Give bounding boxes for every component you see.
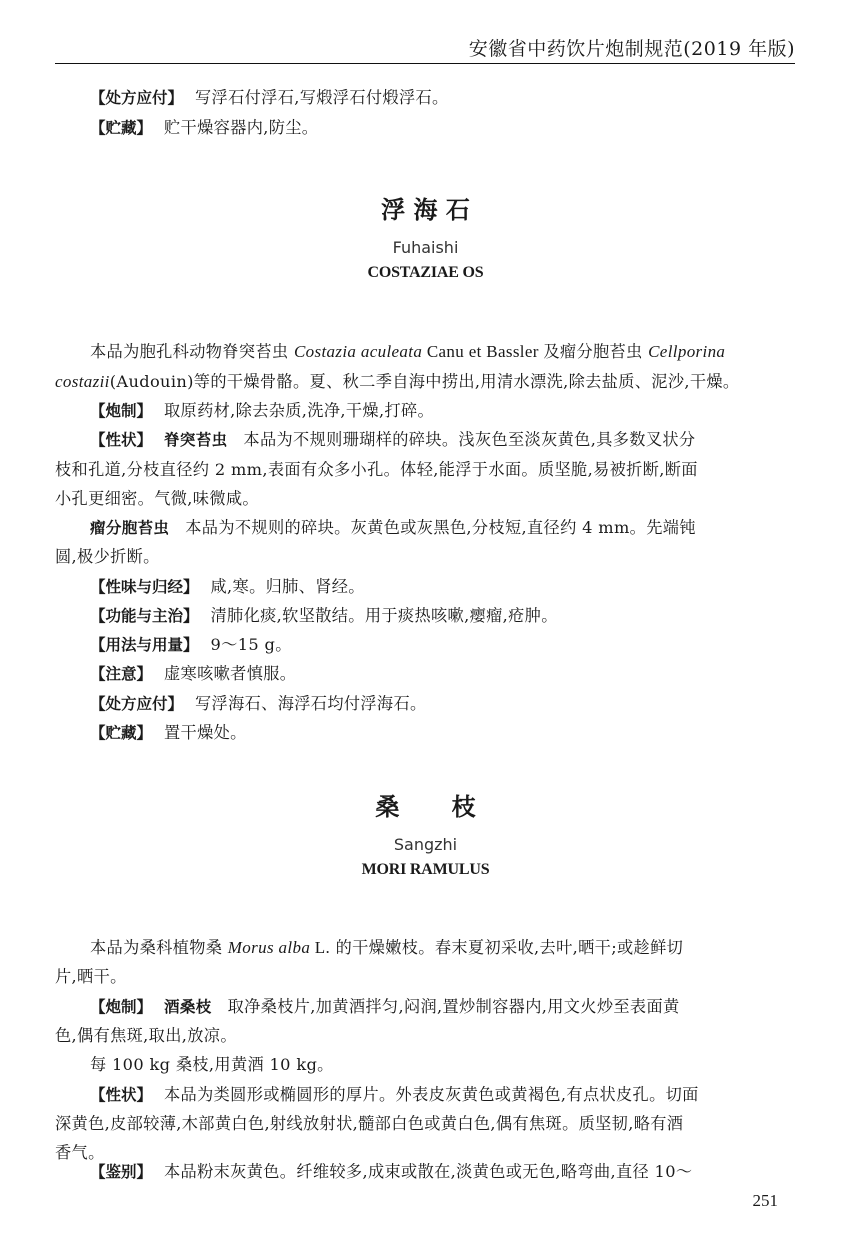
section-text: 写浮海石、海浮石均付浮海石。 xyxy=(195,694,427,713)
section-text: 贮干燥容器内,防尘。 xyxy=(164,118,318,137)
storage-line: 【贮藏】置干燥处。 xyxy=(90,723,247,743)
section-text: 虚寒咳嗽者慎服。 xyxy=(164,664,296,683)
processing-line: 【炮制】取原药材,除去杂质,洗净,干燥,打碎。 xyxy=(90,401,434,421)
section-text: 本品为不规则的碎块。灰黄色或灰黑色,分枝短,直径约 4 mm。先端钝 xyxy=(185,518,696,537)
characters-line-3: 小孔更细密。气微,味微咸。 xyxy=(55,489,259,509)
species-name: costazii xyxy=(55,372,110,391)
intro-line-1: 本品为桑科植物桑 Morus alba L. 的干燥嫩枝。春末夏初采收,去叶,晒… xyxy=(90,938,683,958)
characters-line-2: 枝和孔道,分枝直径约 2 mm,表面有众多小孔。体轻,能浮于水面。质坚脆,易被折… xyxy=(55,460,698,480)
section-label: 【性状】 xyxy=(90,431,152,449)
entry-title-latin: COSTAZIAE OS xyxy=(0,264,851,282)
subsection-label: 瘤分胞苔虫 xyxy=(90,519,169,537)
dosage-line: 【用法与用量】9～15 g。 xyxy=(90,635,292,655)
section-text: 取原药材,除去杂质,洗净,干燥,打碎。 xyxy=(164,401,434,420)
section-text: 置干燥处。 xyxy=(164,723,247,742)
section-label: 【性状】 xyxy=(90,1086,152,1104)
text: 及瘤分胞苔虫 xyxy=(543,342,648,361)
section-label: 【贮藏】 xyxy=(90,724,152,742)
characters-line-1: 【性状】本品为类圆形或椭圆形的厚片。外表皮灰黄色或黄褐色,有点状皮孔。切面 xyxy=(90,1085,699,1105)
entry-title-chinese: 桑 枝 xyxy=(0,787,851,822)
author-name: Canu et Bassler xyxy=(422,342,543,361)
page-number: 251 xyxy=(753,1191,779,1211)
processing-line-1: 【炮制】酒桑枝取净桑枝片,加黄酒拌匀,闷润,置炒制容器内,用文火炒至表面黄 xyxy=(90,997,680,1017)
processing-ratio: 每 100 kg 桑枝,用黄酒 10 kg。 xyxy=(90,1055,334,1075)
characters-line-2: 深黄色,皮部较薄,木部黄白色,射线放射状,髓部白色或黄白色,偶有焦斑。质坚韧,略… xyxy=(55,1114,683,1134)
text: (Audouin)等的干燥骨骼。夏、秋二季自海中捞出,用清水漂洗,除去盐质、泥沙… xyxy=(110,372,740,391)
characters-sub2-line-2: 圆,极少折断。 xyxy=(55,547,160,567)
section-label: 【功能与主治】 xyxy=(90,607,199,625)
subsection-label: 酒桑枝 xyxy=(164,998,212,1016)
prev-prescription-line: 【处方应付】写浮石付浮石,写煅浮石付煅浮石。 xyxy=(90,88,449,108)
characters-line-1: 【性状】脊突苔虫本品为不规则珊瑚样的碎块。浅灰色至淡灰黄色,具多数叉状分 xyxy=(90,430,695,450)
section-label: 【注意】 xyxy=(90,665,152,683)
author-name: L. xyxy=(310,938,330,957)
processing-line-2: 色,偶有焦斑,取出,放凉。 xyxy=(55,1026,237,1046)
section-label: 【贮藏】 xyxy=(90,119,152,137)
section-label: 【用法与用量】 xyxy=(90,636,199,654)
section-text: 写浮石付浮石,写煅浮石付煅浮石。 xyxy=(195,88,449,107)
section-text: 本品为类圆形或椭圆形的厚片。外表皮灰黄色或黄褐色,有点状皮孔。切面 xyxy=(164,1085,699,1104)
caution-line: 【注意】虚寒咳嗽者慎服。 xyxy=(90,664,296,684)
entry-title-pinyin: Sangzhi xyxy=(0,835,851,854)
section-text: 咸,寒。归肺、肾经。 xyxy=(211,577,365,596)
entry-title-chinese: 浮 海 石 xyxy=(0,190,851,225)
intro-line-1: 本品为胞孔科动物脊突苔虫 Costazia aculeata Canu et B… xyxy=(90,342,725,362)
section-label: 【性味与归经】 xyxy=(90,578,199,596)
text: 的干燥嫩枝。春末夏初采收,去叶,晒干;或趁鲜切 xyxy=(330,938,683,957)
running-header-title: 安徽省中药饮片炮制规范(2019 年版) xyxy=(469,34,795,61)
section-label: 【鉴别】 xyxy=(90,1163,152,1181)
section-label: 【处方应付】 xyxy=(90,695,183,713)
section-text: 取净桑枝片,加黄酒拌匀,闷润,置炒制容器内,用文火炒至表面黄 xyxy=(228,997,680,1016)
section-text: 9～15 g。 xyxy=(211,635,292,654)
entry-title-pinyin: Fuhaishi xyxy=(0,238,851,257)
text: 本品为桑科植物桑 xyxy=(90,938,228,957)
section-text: 本品粉末灰黄色。纤维较多,成束或散在,淡黄色或无色,略弯曲,直径 10～ xyxy=(164,1162,692,1181)
identification-line-1: 【鉴别】本品粉末灰黄色。纤维较多,成束或散在,淡黄色或无色,略弯曲,直径 10～ xyxy=(90,1162,692,1182)
section-label: 【炮制】 xyxy=(90,402,152,420)
text: 本品为胞孔科动物脊突苔虫 xyxy=(90,342,294,361)
section-label: 【处方应付】 xyxy=(90,89,183,107)
prev-storage-line: 【贮藏】贮干燥容器内,防尘。 xyxy=(90,118,318,138)
entry-title-latin: MORI RAMULUS xyxy=(0,861,851,879)
section-text: 本品为不规则珊瑚样的碎块。浅灰色至淡灰黄色,具多数叉状分 xyxy=(243,430,695,449)
section-label: 【炮制】 xyxy=(90,998,152,1016)
intro-line-2: 片,晒干。 xyxy=(55,967,127,987)
prescription-line: 【处方应付】写浮海石、海浮石均付浮海石。 xyxy=(90,694,427,714)
species-name: Costazia aculeata xyxy=(294,342,422,361)
function-line: 【功能与主治】清肺化痰,软坚散结。用于痰热咳嗽,瘿瘤,疮肿。 xyxy=(90,606,558,626)
section-text: 清肺化痰,软坚散结。用于痰热咳嗽,瘿瘤,疮肿。 xyxy=(211,606,558,625)
nature-line: 【性味与归经】咸,寒。归肺、肾经。 xyxy=(90,577,365,597)
species-name: Cellporina xyxy=(648,342,725,361)
species-name: Morus alba xyxy=(228,938,310,957)
subsection-label: 脊突苔虫 xyxy=(164,431,227,449)
characters-sub2-line-1: 瘤分胞苔虫本品为不规则的碎块。灰黄色或灰黑色,分枝短,直径约 4 mm。先端钝 xyxy=(90,518,696,538)
characters-line-3: 香气。 xyxy=(55,1143,105,1163)
header-rule xyxy=(55,63,795,64)
intro-line-2: costazii(Audouin)等的干燥骨骼。夏、秋二季自海中捞出,用清水漂洗… xyxy=(55,372,739,392)
